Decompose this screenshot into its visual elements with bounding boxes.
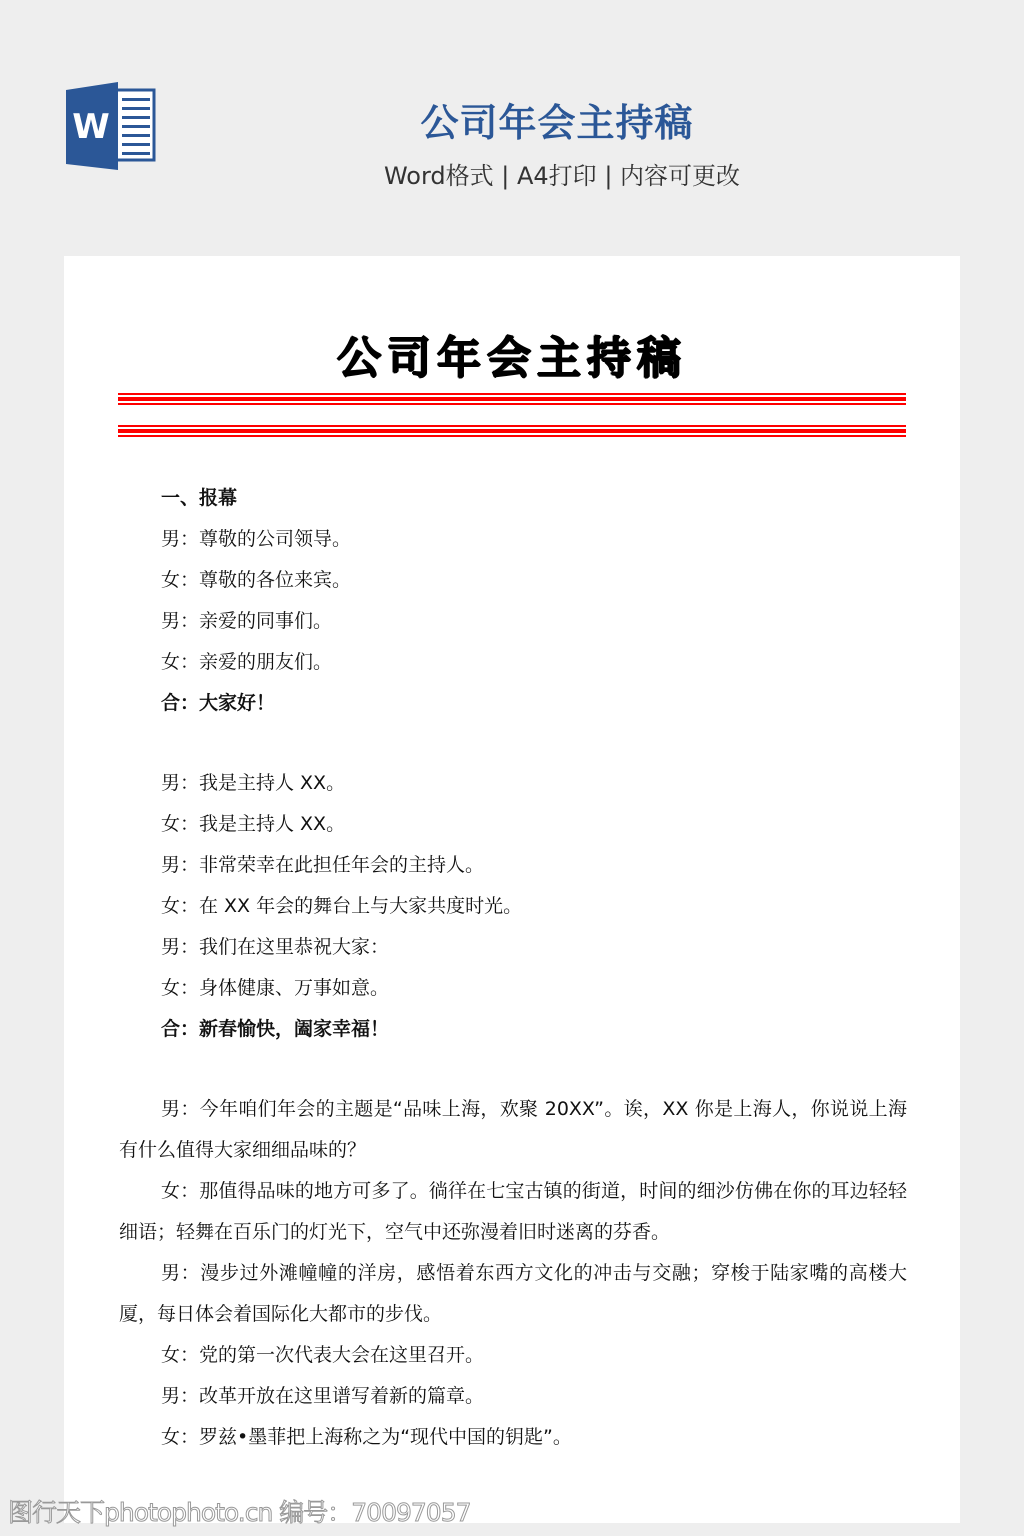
dialogue-paragraph: 男：漫步过外滩幢幢的洋房，感悟着东西方文化的冲击与交融；穿梭于陆家嘴的高楼大厦，… bbox=[119, 1253, 907, 1335]
document-body: 一、报幕 男：尊敬的公司领导。 女：尊敬的各位来宾。 男：亲爱的同事们。 女：亲… bbox=[119, 478, 907, 1458]
watermark: 图行天下photophoto.cn 编号：70097057 bbox=[8, 1493, 471, 1529]
dialogue-line: 男：非常荣幸在此担任年会的主持人。 bbox=[119, 845, 907, 886]
document-page: 公司年会主持稿 一、报幕 男：尊敬的公司领导。 女：尊敬的各位来宾。 男：亲爱的… bbox=[64, 256, 960, 1523]
dialogue-line: 女：在 XX 年会的舞台上与大家共度时光。 bbox=[119, 886, 907, 927]
dialogue-line: 男：我们在这里恭祝大家： bbox=[119, 927, 907, 968]
dialogue-paragraph: 男：改革开放在这里谱写着新的篇章。 bbox=[119, 1376, 907, 1417]
red-rule-top bbox=[118, 393, 906, 406]
dialogue-line: 合：新春愉快，阖家幸福！ bbox=[119, 1009, 907, 1050]
dialogue-line: 女：我是主持人 XX。 bbox=[119, 804, 907, 845]
dialogue-line: 女：亲爱的朋友们。 bbox=[119, 642, 907, 683]
dialogue-line: 男：尊敬的公司领导。 bbox=[119, 519, 907, 560]
dialogue-line: 女：身体健康、万事如意。 bbox=[119, 968, 907, 1009]
dialogue-line: 合：大家好！ bbox=[119, 683, 907, 724]
dialogue-paragraph: 女：罗兹•墨菲把上海称之为“现代中国的钥匙”。 bbox=[119, 1417, 907, 1458]
red-rule-bottom bbox=[118, 425, 906, 438]
dialogue-line: 男：我是主持人 XX。 bbox=[119, 763, 907, 804]
section-heading: 一、报幕 bbox=[119, 478, 907, 519]
dialogue-paragraph: 女：党的第一次代表大会在这里召开。 bbox=[119, 1335, 907, 1376]
dialogue-paragraph: 男：今年咱们年会的主题是“品味上海，欢聚 20XX”。诶，XX 你是上海人，你说… bbox=[119, 1089, 907, 1171]
dialogue-line: 男：亲爱的同事们。 bbox=[119, 601, 907, 642]
dialogue-line: 女：尊敬的各位来宾。 bbox=[119, 560, 907, 601]
document-title: 公司年会主持稿 bbox=[64, 322, 960, 386]
header-subtitle: Word格式 | A4打印 | 内容可更改 bbox=[0, 156, 1024, 191]
dialogue-paragraph: 女：那值得品味的地方可多了。徜徉在七宝古镇的街道，时间的细沙仿佛在你的耳边轻轻细… bbox=[119, 1171, 907, 1253]
header-title: 公司年会主持稿 bbox=[0, 92, 1024, 147]
